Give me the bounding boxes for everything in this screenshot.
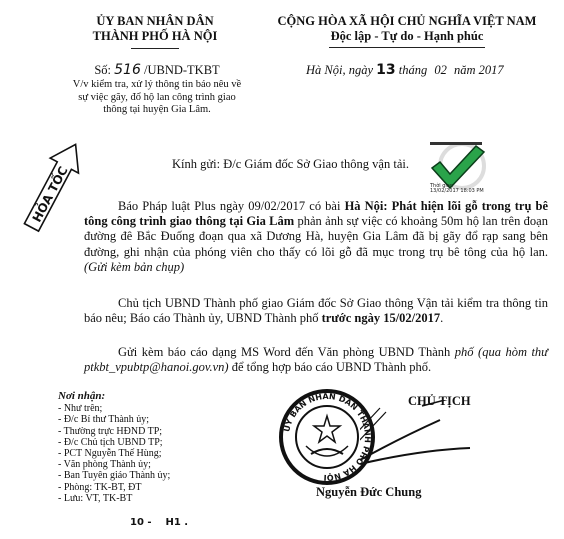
- nation-line-2: Độc lập - Tự do - Hạnh phúc: [250, 29, 564, 44]
- handwritten-notes: 10 - H1 .: [130, 517, 188, 528]
- paragraph-report: Báo Pháp luật Plus ngày 09/02/2017 có bà…: [84, 199, 548, 275]
- org-line-1: ỦY BAN NHÂN DÂN: [60, 14, 250, 29]
- nation-line-1: CỘNG HÒA XÃ HỘI CHỦ NGHĨA VIỆT NAM: [250, 14, 564, 29]
- p2-body: Chủ tịch UBND Thành phố giao Giám đốc Sở…: [84, 296, 548, 325]
- urgent-stamp-text: HỎA TỐC: [27, 163, 71, 225]
- signatory-name: Nguyễn Đức Chung: [316, 485, 421, 500]
- recipients-title: Nơi nhận:: [58, 391, 170, 402]
- signature-timestamp: Thời gian 13/02/2017 18:03 PM: [430, 184, 484, 194]
- date-prefix: Hà Nội, ngày: [306, 63, 373, 77]
- p3-body: Gửi kèm báo cáo dạng MS Word đến Văn phò…: [118, 345, 455, 359]
- header-left-rule: [131, 48, 179, 49]
- recipients-list: Nơi nhận: - Như trên; - Đ/c Bí thư Thành…: [58, 391, 170, 504]
- doc-number-handwritten: 516: [114, 62, 141, 78]
- recipient-item: - Đ/c Bí thư Thành ủy;: [58, 414, 170, 425]
- doc-number-suffix: /UBND-TKBT: [144, 63, 220, 77]
- doc-number-prefix: Số:: [94, 63, 111, 77]
- document-number: Số: 516 /UBND-TKBT: [72, 62, 242, 78]
- paragraph-submission: Gửi kèm báo cáo dạng MS Word đến Văn phò…: [84, 345, 548, 375]
- issuing-authority: ỦY BAN NHÂN DÂN THÀNH PHỐ HÀ NỘI: [60, 14, 250, 49]
- date-year-label: năm: [454, 63, 476, 77]
- document-date: Hà Nội, ngày 13 tháng 02 năm 2017: [306, 62, 564, 78]
- p3-end: để tổng hợp báo cáo UBND Thành phố.: [229, 360, 432, 374]
- recipient-item: - PCT Nguyễn Thế Hùng;: [58, 448, 170, 459]
- recipient-item: - Ban Tuyên giáo Thành ủy;: [58, 470, 170, 481]
- p1-intro: Báo Pháp luật Plus ngày 09/02/2017 có bà…: [118, 199, 345, 213]
- header-right-rule: [329, 47, 485, 48]
- recipient-item: - Thường trực HĐND TP;: [58, 426, 170, 437]
- recipient-item: - Phòng: TK-BT, ĐT: [58, 482, 170, 493]
- date-month-label: tháng: [399, 63, 427, 77]
- paragraph-directive: Chủ tịch UBND Thành phố giao Giám đốc Sở…: [84, 296, 548, 326]
- salutation: Kính gửi: Đ/c Giám đốc Sở Giao thông vận…: [172, 157, 409, 172]
- p1-attachment-note: (Gửi kèm bản chụp): [84, 260, 184, 274]
- recipient-item: - Văn phòng Thành ủy;: [58, 459, 170, 470]
- date-month: 02: [434, 63, 447, 77]
- urgent-stamp-arrow-icon: HỎA TỐC: [14, 130, 94, 240]
- p2-end: .: [440, 311, 443, 325]
- signature-time: 13/02/2017 18:03 PM: [430, 189, 484, 194]
- document-subject: V/v kiểm tra, xử lý thông tin báo nêu về…: [72, 79, 242, 117]
- org-line-2: THÀNH PHỐ HÀ NỘI: [60, 29, 250, 44]
- recipient-item: - Đ/c Chủ tịch UBND TP;: [58, 437, 170, 448]
- recipient-item: - Như trên;: [58, 403, 170, 414]
- national-motto: CỘNG HÒA XÃ HỘI CHỦ NGHĨA VIỆT NAM Độc l…: [250, 14, 564, 48]
- recipient-item: - Lưu: VT, TK-BT: [58, 493, 170, 504]
- p2-deadline: trước ngày 15/02/2017: [322, 311, 441, 325]
- digital-signature: Thời gian 13/02/2017 18:03 PM: [422, 140, 494, 198]
- date-day: 13: [376, 62, 395, 78]
- date-year: 2017: [479, 63, 504, 77]
- handwritten-signature-icon: [360, 400, 520, 480]
